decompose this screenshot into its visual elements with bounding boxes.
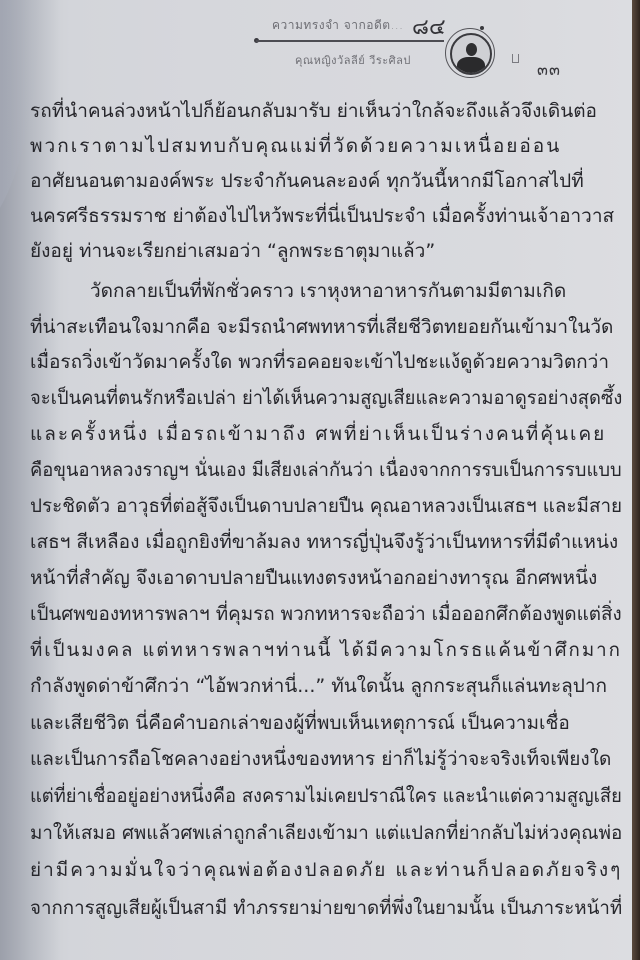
book-title: ความทรงจำ จากอดีต... [272,16,403,35]
text-line: หน้าที่สำคัญ จึงเอาดาบปลายปืนแทงตรงหน้าอ… [30,565,622,591]
running-header: ความทรงจำ จากอดีต... ๘๔ คุณหญิงวัลลีย์ ว… [250,0,630,90]
text-line: ที่น่าสะเทือนใจมากคือ จะมีรถนำศพทหารที่เ… [30,314,622,340]
bracket-mark-icon [512,54,519,63]
volume-numeral: ๘๔ [412,9,446,44]
text-line: นครศรีธรรมราช ย่าต้องไปไหว้พระที่นี่เป็น… [30,203,622,229]
text-line: จะเป็นคนที่ตนรักหรือเปล่า ย่าได้เห็นความ… [30,385,603,411]
text-line: และเป็นการถือโชคลางอย่างหนึ่งของทหาร ย่า… [30,746,622,772]
text-line: เสธฯ สีเหลือง เมื่อถูกยิงที่ขาล้มลง ทหาร… [30,529,622,555]
portrait-ring-dot-icon [480,26,484,30]
text-line: ประชิดตัว อาวุธที่ต่อสู้จึงเป็นดาบปลายปื… [30,493,617,519]
text-line: ย่ามีความมั่นใจว่าคุณพ่อต้องปลอดภัย และท… [30,857,620,883]
text-line: รถที่นำคนล่วงหน้าไปก็ย้อนกลับมารับ ย่าเห… [30,98,622,124]
text-line: และครั้งหนึ่ง เมื่อรถเข้ามาถึง ศพที่ย่าเ… [30,421,622,447]
text-line: พวกเราตามไปสมทบกับคุณแม่ที่วัดด้วยความเห… [30,133,622,159]
text-line: อาศัยนอนตามองค์พระ ประจำกันคนละองค์ ทุกว… [30,168,622,194]
page-number: ๓๓ [537,58,561,83]
book-page: ความทรงจำ จากอดีต... ๘๔ คุณหญิงวัลลีย์ ว… [0,0,632,960]
text-line: ยังอยู่ ท่านจะเรียกย่าเสมอว่า “ลูกพระธาต… [30,238,622,264]
text-line: เป็นศพของทหารพลาฯ ที่คุมรถ พวกทหารจะถือว… [30,601,617,627]
text-line: เมื่อรถวิ่งเข้าวัดมาครั้งใด พวกที่รอคอยจ… [30,349,622,375]
author-portrait-icon [450,33,492,75]
table-surface-edge [632,0,640,960]
author-name: คุณหญิงวัลลีย์ วีระศิลป [295,51,411,69]
text-line: มาให้เสมอ ศพแล้วศพเล่าถูกลำเลียงเข้ามา แ… [30,820,615,846]
paragraph-start-line: วัดกลายเป็นที่พักชั่วคราว เราหุงหาอาหารก… [90,278,622,304]
text-line: คือขุนอาหลวงราญฯ นั่นเอง มีเสียงเล่ากันว… [30,457,603,483]
text-line: ที่เป็นมงคล แต่ทหารพลาฯท่านนี้ ได้มีความ… [30,637,612,663]
header-divider-line [256,40,444,42]
text-line: แต่ที่ย่าเชื่ออยู่อย่างหนึ่งคือ สงครามไม… [30,783,601,809]
portrait-head-shape [466,43,477,56]
text-line: จากการสูญเสียผู้เป็นสามี ทำภรรยาม่ายขาดท… [30,895,613,921]
portrait-body-shape [457,57,485,75]
text-line: และเสียชีวิต นี่คือคำบอกเล่าของผู้ที่พบเ… [30,710,622,736]
text-line: กำลังพูดด่าข้าศึกว่า “ไอ้พวกห่านี่...” ท… [30,673,622,699]
